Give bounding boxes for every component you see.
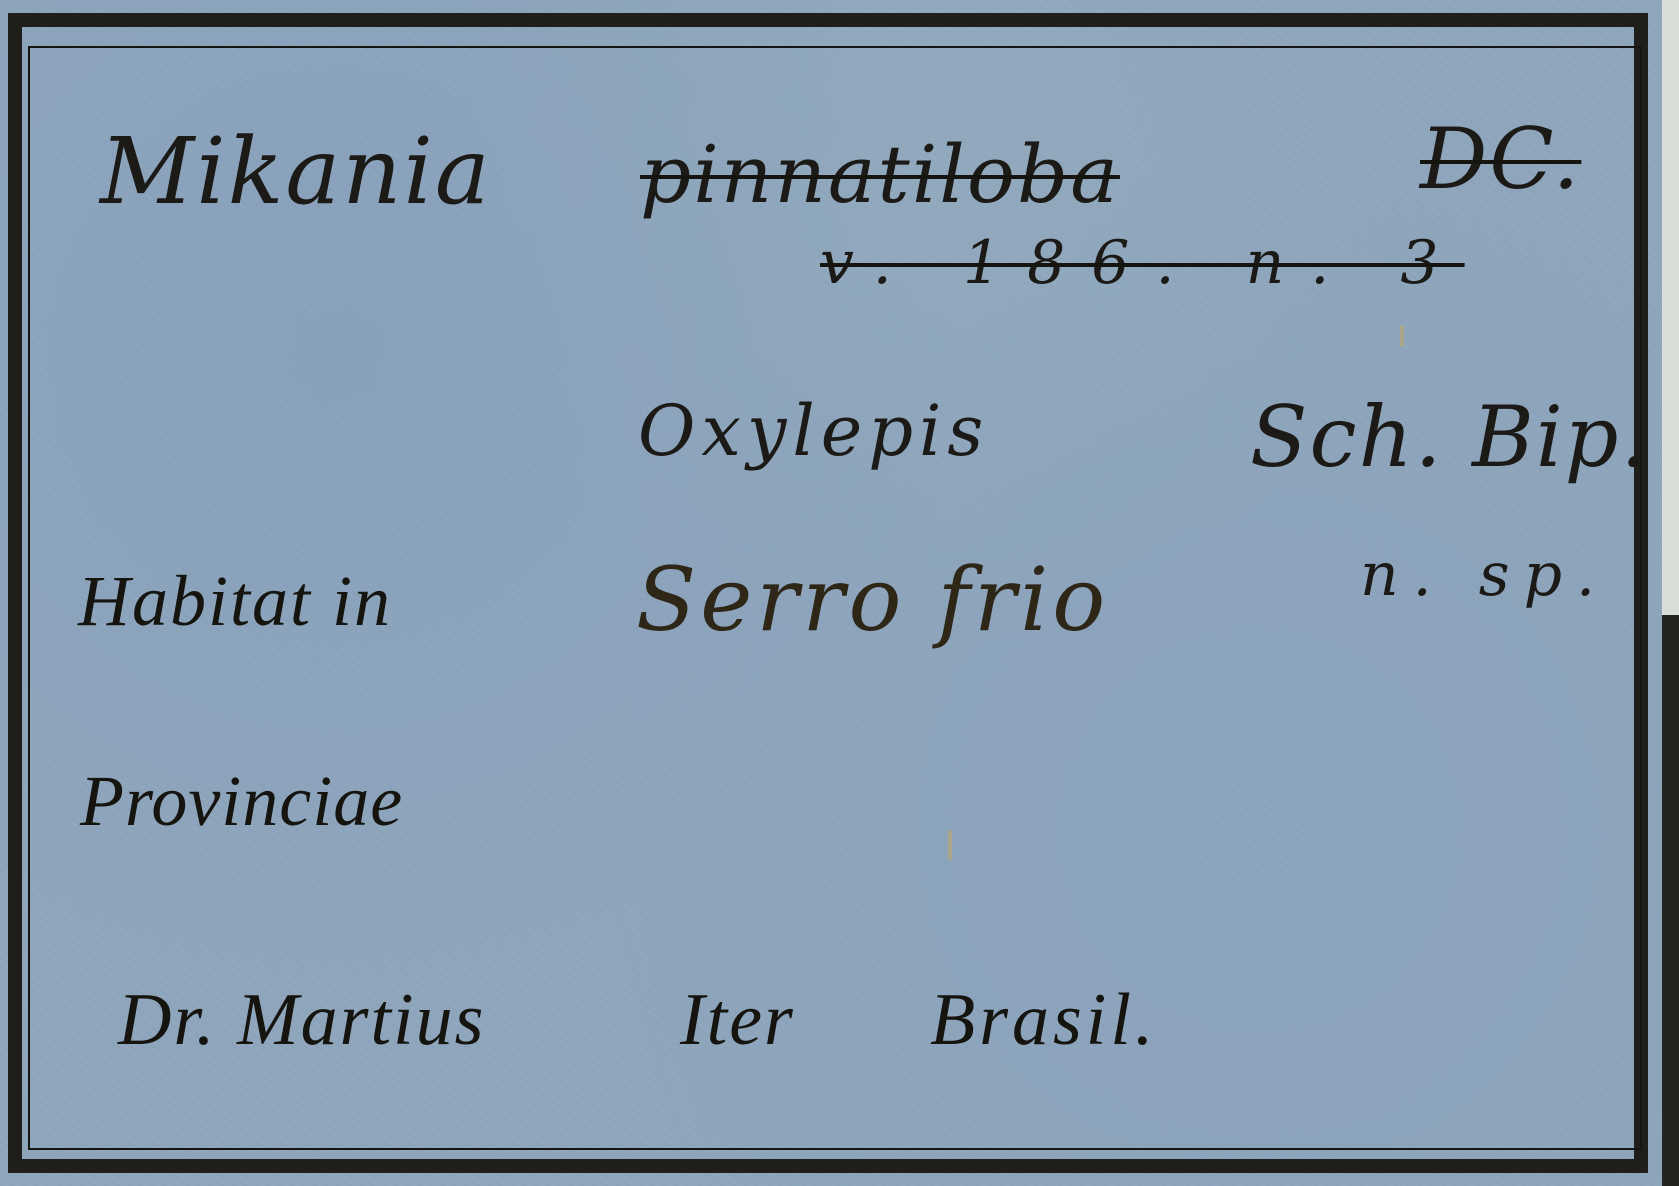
genus-name: Mikania: [100, 118, 492, 225]
new-author: Sch. Bip.: [1250, 388, 1649, 486]
struck-author: DC.: [1420, 110, 1581, 208]
herbarium-label: Mikania pinnatiloba DC. v. 186. n. 3 Oxy…: [0, 0, 1679, 1186]
habitat-printed-label: Habitat in: [78, 560, 392, 643]
paper-edge-slip: [1662, 0, 1679, 615]
new-epithet: Oxylepis: [638, 390, 989, 472]
paper-fibre-speck: [1400, 325, 1404, 347]
new-species-status: n. sp.: [1360, 540, 1609, 610]
struck-reference: v. 186. n. 3: [820, 228, 1465, 298]
struck-epithet: pinnatiloba: [640, 128, 1120, 221]
expedition-iter: Iter: [680, 978, 795, 1063]
paper-edge-shadow: [1662, 615, 1679, 1186]
expedition-country: Brasil.: [930, 978, 1157, 1063]
paper-fibre-speck: [948, 830, 952, 860]
locality-handwritten: Serro frio: [636, 548, 1109, 651]
province-printed-label: Provinciae: [80, 760, 403, 843]
collector-name: Dr. Martius: [118, 978, 485, 1063]
